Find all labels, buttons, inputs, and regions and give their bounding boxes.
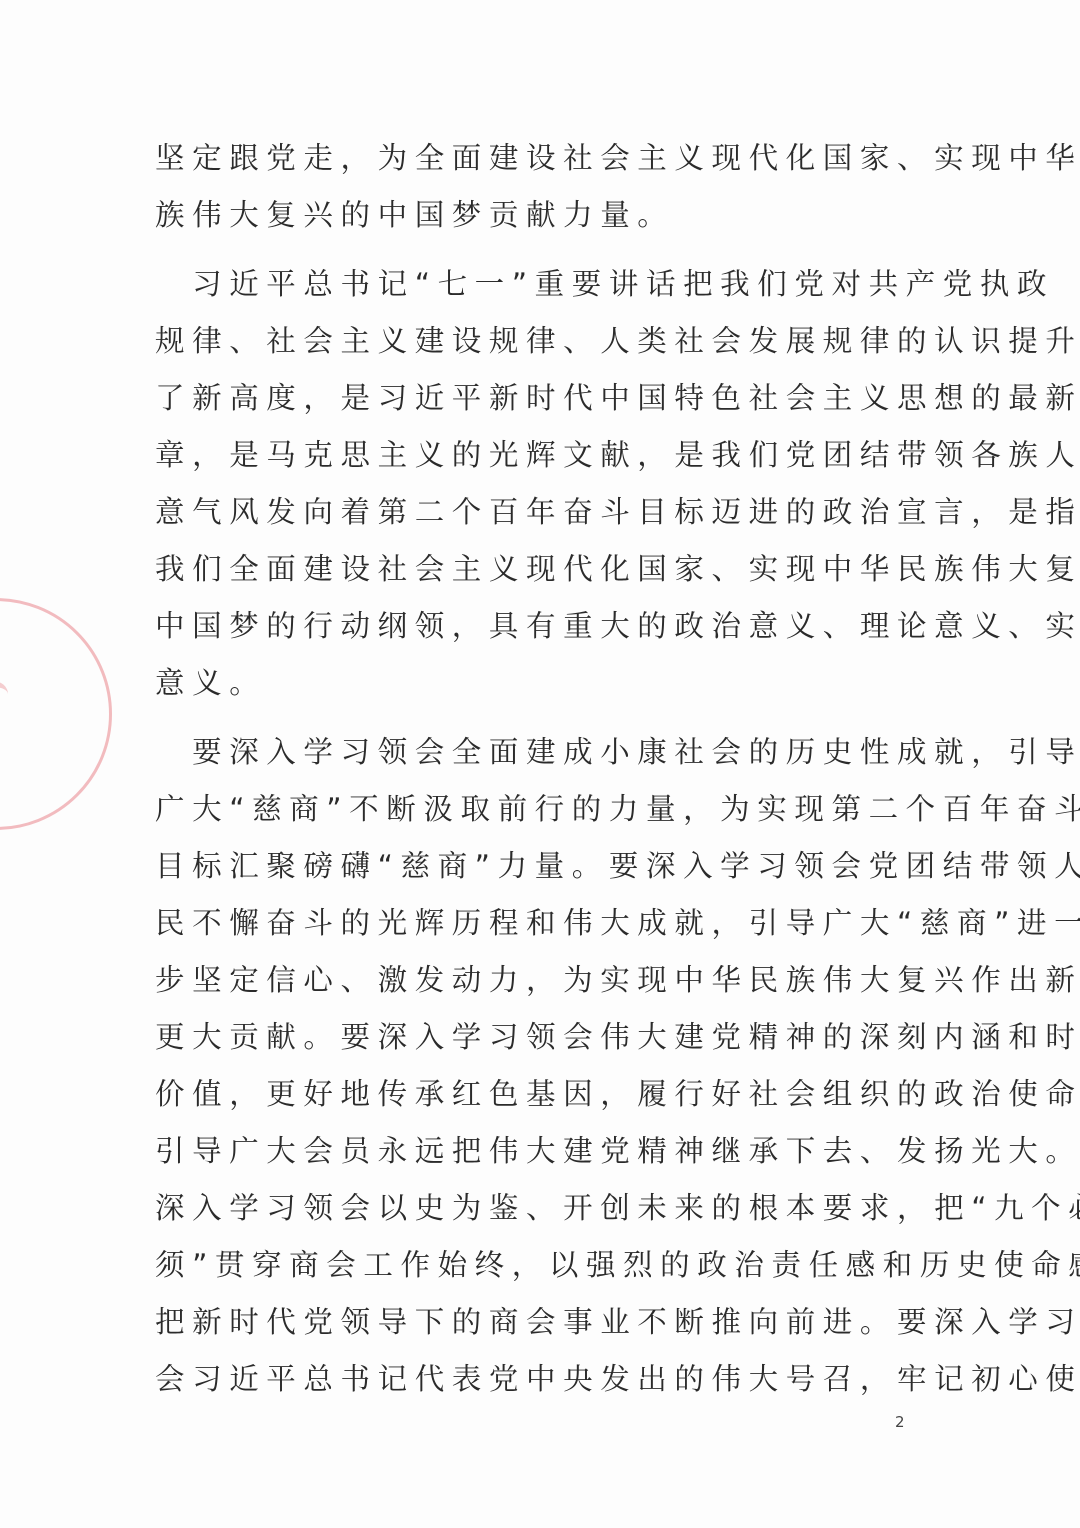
text-line: 引导广大会员永远把伟大建党精神继承下去、发扬光大。要 xyxy=(155,1123,907,1180)
text-line: 章，是马克思主义的光辉文献，是我们党团结带领各族人民 xyxy=(155,427,907,484)
text-line: 价值，更好地传承红色基因，履行好社会组织的政治使命， xyxy=(155,1066,907,1123)
text-line: 步坚定信心、激发动力，为实现中华民族伟大复兴作出新的 xyxy=(155,952,907,1009)
text-line: 我们全面建设社会主义现代化国家、实现中华民族伟大复兴 xyxy=(155,541,907,598)
text-line: 意义。 xyxy=(155,655,907,712)
text-line: 目标汇聚磅礴“慈商”力量。要深入学习领会党团结带领人 xyxy=(155,838,907,895)
text-line: 要深入学习领会全面建成小康社会的历史性成就，引导 xyxy=(155,724,907,781)
document-body: 坚定跟党走，为全面建设社会主义现代化国家、实现中华民 族伟大复兴的中国梦贡献力量… xyxy=(155,130,907,1408)
text-line: 深入学习领会以史为鉴、开创未来的根本要求，把“九个必 xyxy=(155,1180,907,1237)
paragraph-spacer xyxy=(155,712,907,724)
text-line: 意气风发向着第二个百年奋斗目标迈进的政治宣言，是指引 xyxy=(155,484,907,541)
text-line: 广大“慈商”不断汲取前行的力量，为实现第二个百年奋斗 xyxy=(155,781,907,838)
seal-emblem-icon xyxy=(0,681,8,707)
text-line: 族伟大复兴的中国梦贡献力量。 xyxy=(155,187,907,244)
text-line: 规律、社会主义建设规律、人类社会发展规律的认识提升到 xyxy=(155,313,907,370)
text-line: 民不懈奋斗的光辉历程和伟大成就，引导广大“慈商”进一 xyxy=(155,895,907,952)
text-line: 中国梦的行动纲领，具有重大的政治意义、理论意义、实践 xyxy=(155,598,907,655)
text-line: 坚定跟党走，为全面建设社会主义现代化国家、实现中华民 xyxy=(155,130,907,187)
text-line: 了新高度，是习近平新时代中国特色社会主义思想的最新篇 xyxy=(155,370,907,427)
official-seal-stamp xyxy=(0,598,112,830)
text-line: 把新时代党领导下的商会事业不断推向前进。要深入学习领 xyxy=(155,1294,907,1351)
text-line: 会习近平总书记代表党中央发出的伟大号召，牢记初心使 xyxy=(155,1351,907,1408)
document-page: 坚定跟党走，为全面建设社会主义现代化国家、实现中华民 族伟大复兴的中国梦贡献力量… xyxy=(0,0,1080,1528)
paragraph-spacer xyxy=(155,244,907,256)
text-line: 习近平总书记“七一”重要讲话把我们党对共产党执政 xyxy=(155,256,907,313)
text-line: 须”贯穿商会工作始终，以强烈的政治责任感和历史使命感 xyxy=(155,1237,907,1294)
text-line: 更大贡献。要深入学习领会伟大建党精神的深刻内涵和时代 xyxy=(155,1009,907,1066)
page-number: 2 xyxy=(895,1413,905,1431)
